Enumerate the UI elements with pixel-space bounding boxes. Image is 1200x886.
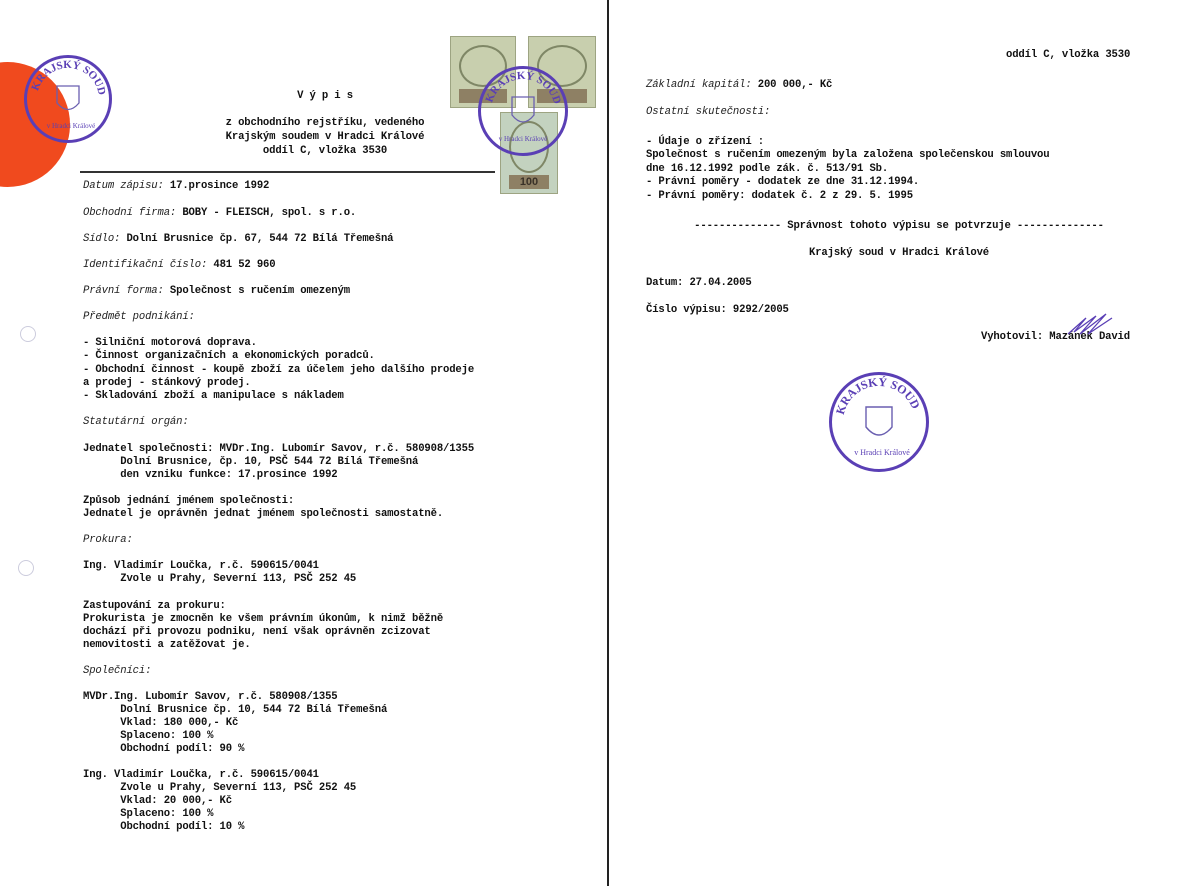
statutarni-line: Jednatel společnosti: MVDr.Ing. Lubomír …	[83, 443, 474, 457]
subtitle-line-3: oddíl C, vložka 3530	[160, 145, 490, 159]
punch-hole-mark	[20, 326, 36, 342]
zastupovani-line: Prokurista je zmocněn ke všem právním úk…	[83, 613, 443, 627]
ostatni-line: dne 16.12.1992 podle zák. č. 513/91 Sb.	[646, 163, 888, 177]
right-page: oddíl C, vložka 3530 Základní kapitál: 2…	[609, 0, 1200, 886]
partner-1-line: Splaceno: 100 %	[83, 730, 213, 744]
section-ostatni-label: Ostatní skutečnosti:	[646, 106, 770, 120]
header-ref: oddíl C, vložka 3530	[1006, 49, 1130, 63]
partner-1-line: Obchodní podíl: 90 %	[83, 743, 244, 757]
field-pravni-forma: Právní forma: Společnost s ručením omeze…	[83, 285, 350, 299]
predmet-line: a prodej - stánkový prodej.	[83, 377, 251, 391]
field-obchodni-firma: Obchodní firma: BOBY - FLEISCH, spol. s …	[83, 207, 356, 221]
field-sidlo: Sídlo: Dolní Brusnice čp. 67, 544 72 Bíl…	[83, 233, 393, 247]
field-datum-zapisu: Datum zápisu: 17.prosince 1992	[83, 180, 269, 194]
zastupovani-line: Zastupování za prokuru:	[83, 600, 226, 614]
svg-text:KRAJSKÝ SOUD: KRAJSKÝ SOUD	[833, 375, 923, 416]
document-title: V ý p i s	[200, 90, 450, 104]
partner-1-line: Dolní Brusnice čp. 10, 544 72 Bílá Třeme…	[83, 704, 387, 718]
confirmation-line: -------------- Správnost tohoto výpisu s…	[629, 220, 1169, 234]
svg-text:v Hradci Králové: v Hradci Králové	[47, 122, 96, 130]
subtitle-line-2: Krajským soudem v Hradci Králové	[160, 131, 490, 145]
partner-2-line: Vklad: 20 000,- Kč	[83, 795, 232, 809]
header-rule	[80, 171, 495, 173]
predmet-line: - Skladování zboží a manipulace s náklad…	[83, 390, 344, 404]
svg-text:v Hradci Králové: v Hradci Králové	[854, 448, 910, 457]
section-spolecnici-label: Společníci:	[83, 665, 151, 679]
zpusob-line: Způsob jednání jménem společnosti:	[83, 495, 294, 509]
partner-2-line: Zvole u Prahy, Severní 113, PSČ 252 45	[83, 782, 356, 796]
predmet-line: - Silniční motorová doprava.	[83, 337, 257, 351]
issue-date: Datum: 27.04.2005	[646, 277, 752, 291]
ostatni-line: Společnost s ručením omezeným byla založ…	[646, 149, 1049, 163]
zpusob-line: Jednatel je oprávněn jednat jménem spole…	[83, 508, 443, 522]
svg-text:KRAJSKÝ SOUD: KRAJSKÝ SOUD	[483, 70, 563, 106]
punch-hole-mark	[18, 560, 34, 576]
svg-text:KRAJSKÝ SOUD: KRAJSKÝ SOUD	[29, 59, 107, 96]
field-ico: Identifikační číslo: 481 52 960	[83, 259, 275, 273]
court-stamp-right: KRAJSKÝ SOUD v Hradci Králové	[829, 372, 929, 472]
predmet-line: - Obchodní činnost - koupě zboží za účel…	[83, 364, 474, 378]
prokura-line: Ing. Vladimír Loučka, r.č. 590615/0041	[83, 560, 319, 574]
signature	[1066, 312, 1116, 340]
court-name: Krajský soud v Hradci Králové	[629, 247, 1169, 261]
ostatni-line: - Právní poměry - dodatek ze dne 31.12.1…	[646, 176, 919, 190]
partner-1-line: MVDr.Ing. Lubomír Savov, r.č. 580908/135…	[83, 691, 338, 705]
court-stamp-over-revenue: KRAJSKÝ SOUD v Hradci Králové	[478, 66, 568, 156]
ostatni-line: - Údaje o zřízení :	[646, 136, 764, 150]
ostatni-line: - Právní poměry: dodatek č. 2 z 29. 5. 1…	[646, 190, 913, 204]
zastupovani-line: dochází při provozu podniku, není však o…	[83, 626, 431, 640]
left-page: KRAJSKÝ SOUD v Hradci Králové 100 KRAJSK…	[0, 0, 607, 886]
court-stamp-left: KRAJSKÝ SOUD v Hradci Králové	[24, 55, 112, 143]
section-statutarni-label: Statutární orgán:	[83, 416, 189, 430]
section-predmet-label: Předmět podnikání:	[83, 311, 195, 325]
predmet-line: - Činnost organizačních a ekonomických p…	[83, 350, 375, 364]
extract-number: Číslo výpisu: 9292/2005	[646, 304, 789, 318]
zastupovani-line: nemovitosti a zatěžovat je.	[83, 639, 251, 653]
statutarni-line: Dolní Brusnice, čp. 10, PSČ 544 72 Bílá …	[83, 456, 418, 470]
partner-2-line: Splaceno: 100 %	[83, 808, 213, 822]
svg-text:v Hradci Králové: v Hradci Králové	[499, 135, 548, 143]
partner-1-line: Vklad: 180 000,- Kč	[83, 717, 238, 731]
field-zakladni-kapital: Základní kapitál: 200 000,- Kč	[646, 79, 832, 93]
partner-2-line: Ing. Vladimír Loučka, r.č. 590615/0041	[83, 769, 319, 783]
prokura-line: Zvole u Prahy, Severní 113, PSČ 252 45	[83, 573, 356, 587]
statutarni-line: den vzniku funkce: 17.prosince 1992	[83, 469, 338, 483]
partner-2-line: Obchodní podíl: 10 %	[83, 821, 244, 835]
section-prokura-label: Prokura:	[83, 534, 133, 548]
subtitle-line-1: z obchodního rejstříku, vedeného	[160, 117, 490, 131]
